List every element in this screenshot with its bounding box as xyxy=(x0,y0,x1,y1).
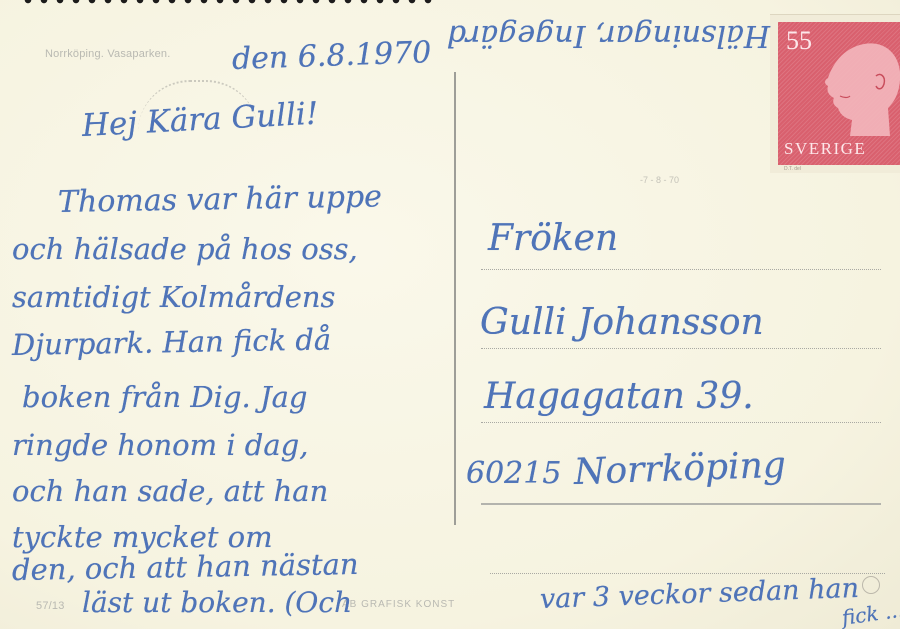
king-portrait-icon xyxy=(816,36,900,136)
stamp-value: 55 xyxy=(786,26,812,56)
message-line: ringde honom i dag, xyxy=(12,428,308,462)
upside-down-signature: Hälsningar, Ingegärd xyxy=(470,18,770,53)
card-number: 57/13 xyxy=(36,600,65,612)
message-line: läst ut boken. (Och xyxy=(82,586,352,619)
address-line xyxy=(481,348,881,349)
address-line xyxy=(481,503,881,505)
message-line: den, och att han nästan xyxy=(12,547,359,587)
postage-stamp: 55 SVERIGE xyxy=(778,22,900,165)
address-salutation: Fröken xyxy=(488,218,618,259)
message-address-divider xyxy=(454,72,456,525)
postmark-date: -7 - 8 - 70 xyxy=(640,175,679,185)
address-line xyxy=(490,573,885,574)
message-greeting: Hej Kära Gulli! xyxy=(81,96,319,144)
stamp-engraver-credit: D.T. del xyxy=(784,166,801,172)
message-line: Djurpark. Han fick då xyxy=(12,322,332,362)
address-city: Norrköping xyxy=(573,445,786,493)
message-line: samtidigt Kolmårdens xyxy=(12,280,335,314)
postcard-back: Norrköping. Vasaparken. 57/13 AB GRAFISK… xyxy=(0,0,900,629)
message-line: och han sade, att han xyxy=(12,474,328,508)
message-line: var 3 veckor sedan han xyxy=(539,573,859,615)
address-line xyxy=(481,422,881,423)
address-line xyxy=(481,269,881,270)
top-edge-perforation xyxy=(20,0,440,4)
address-name: Gulli Johansson xyxy=(480,302,764,343)
message-line: och hälsade på hos oss, xyxy=(12,232,358,266)
message-date: den 6.8.1970 xyxy=(231,35,432,77)
message-line: boken från Dig. Jag xyxy=(22,380,307,414)
publisher-logo-icon xyxy=(862,576,880,594)
stamp-country: SVERIGE xyxy=(784,139,866,159)
address-postal-code: 60215 xyxy=(466,456,561,491)
printed-caption: Norrköping. Vasaparken. xyxy=(45,48,170,60)
address-street: Hagagatan 39. xyxy=(484,376,754,417)
message-line: Thomas var här uppe xyxy=(58,179,382,220)
printer-credit: AB GRAFISK KONST xyxy=(342,599,455,610)
